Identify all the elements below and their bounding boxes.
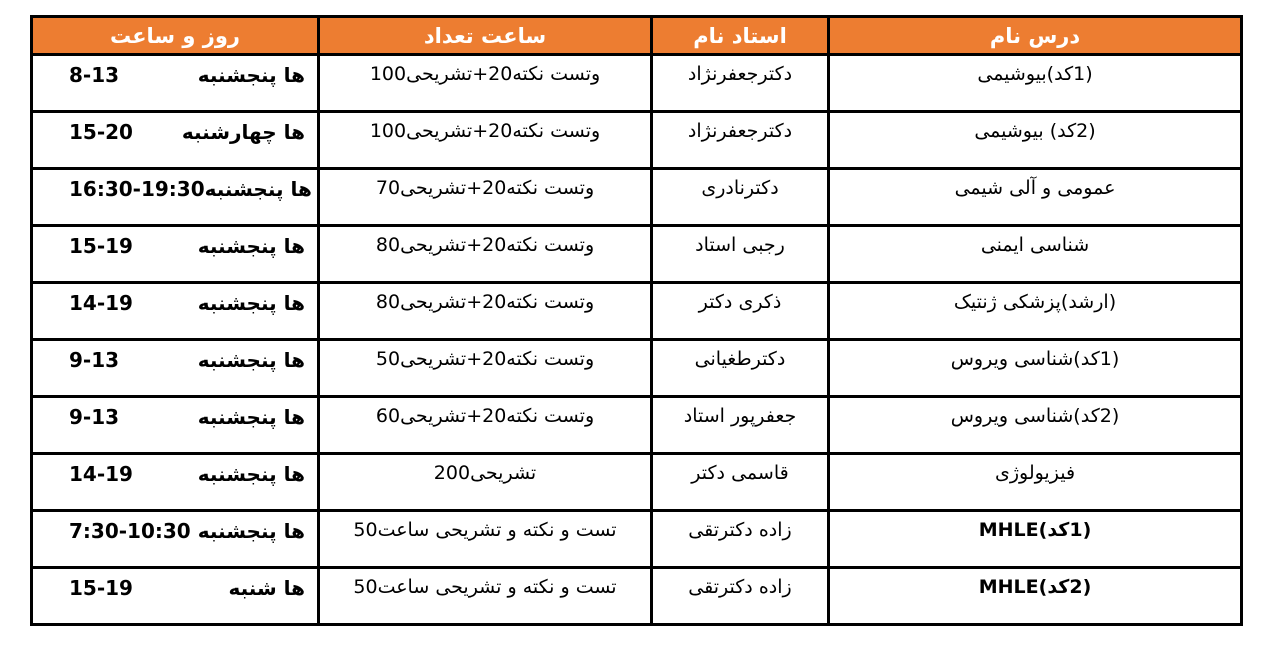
time-range: ⁨1⁩⁨5⁩⁨-⁩⁨2⁩⁨0⁩ — [69, 120, 133, 144]
hours-cell: ⁨1⁩⁨0⁩⁨0⁩⁨تشریحی⁩⁨+⁩⁨2⁩⁨0⁩⁨نکته⁩ ⁨وتست⁩ — [319, 55, 652, 112]
day-name: ⁨پنجشنبه⁩ ⁨ها⁩ — [198, 462, 305, 486]
column-header-course: ⁨نام⁩ ⁨درس⁩ — [829, 17, 1242, 55]
day-time-inner: ⁨1⁩⁨5⁩⁨-⁩⁨1⁩⁨9⁩ ⁨شنبه⁩ ⁨ها⁩ — [33, 576, 317, 600]
column-header-hours: ⁨تعداد⁩ ⁨ساعت⁩ — [319, 17, 652, 55]
course-cell: ⁨ایمنی⁩ ⁨شناسی⁩ — [829, 226, 1242, 283]
day-time-cell: ⁨1⁩⁨5⁩⁨-⁩⁨1⁩⁨9⁩ ⁨پنجشنبه⁩ ⁨ها⁩ — [32, 226, 319, 283]
hours-cell: ⁨5⁩⁨0⁩⁨ساعت⁩ ⁨تشریحی⁩ ⁨و⁩ ⁨نکته⁩ ⁨و⁩ ⁨تس… — [319, 511, 652, 568]
time-range: ⁨9⁩⁨-⁩⁨1⁩⁨3⁩ — [69, 348, 119, 372]
day-time-cell: ⁨1⁩⁨4⁩⁨-⁩⁨1⁩⁨9⁩ ⁨پنجشنبه⁩ ⁨ها⁩ — [32, 454, 319, 511]
time-range: ⁨1⁩⁨4⁩⁨-⁩⁨1⁩⁨9⁩ — [69, 291, 133, 315]
day-time-cell: ⁨1⁩⁨5⁩⁨-⁩⁨2⁩⁨0⁩ ⁨چهارشنبه⁩ ⁨ها⁩ — [32, 112, 319, 169]
day-name: ⁨پنجشنبه⁩ ⁨ها⁩ — [205, 177, 312, 201]
time-range: ⁨1⁩⁨6⁩⁨:⁩⁨3⁩⁨0⁩⁨-⁩⁨1⁩⁨9⁩⁨:⁩⁨3⁩⁨0⁩ — [69, 177, 205, 201]
professor-cell: ⁨دکترطغیانی⁩ — [652, 340, 829, 397]
table-row: ⁨ایمنی⁩ ⁨شناسی⁩ ⁨استاد⁩ ⁨رجبی⁩ ⁨8⁩⁨0⁩⁨تش… — [32, 226, 1242, 283]
time-range: ⁨7⁩⁨:⁩⁨3⁩⁨0⁩⁨-⁩⁨1⁩⁨0⁩⁨:⁩⁨3⁩⁨0⁩ — [69, 519, 191, 543]
day-time-inner: ⁨1⁩⁨5⁩⁨-⁩⁨1⁩⁨9⁩ ⁨پنجشنبه⁩ ⁨ها⁩ — [33, 234, 317, 258]
table-row: ⁨بیوشیمی⁩ ⁨(⁩⁨کد⁩⁨2⁩⁨)⁩ ⁨دکترجعفرنژاد⁩ ⁨… — [32, 112, 1242, 169]
day-name: ⁨پنجشنبه⁩ ⁨ها⁩ — [198, 234, 305, 258]
time-range: ⁨8⁩⁨-⁩⁨1⁩⁨3⁩ — [69, 63, 119, 87]
day-time-inner: ⁨9⁩⁨-⁩⁨1⁩⁨3⁩ ⁨پنجشنبه⁩ ⁨ها⁩ — [33, 405, 317, 429]
day-time-inner: ⁨1⁩⁨6⁩⁨:⁩⁨3⁩⁨0⁩⁨-⁩⁨1⁩⁨9⁩⁨:⁩⁨3⁩⁨0⁩ ⁨پنجشن… — [33, 177, 317, 201]
time-range: ⁨1⁩⁨5⁩⁨-⁩⁨1⁩⁨9⁩ — [69, 576, 133, 600]
professor-cell: ⁨استاد⁩ ⁨رجبی⁩ — [652, 226, 829, 283]
time-range: ⁨9⁩⁨-⁩⁨1⁩⁨3⁩ — [69, 405, 119, 429]
day-time-inner: ⁨8⁩⁨-⁩⁨1⁩⁨3⁩ ⁨پنجشنبه⁩ ⁨ها⁩ — [33, 63, 317, 87]
day-time-cell: ⁨9⁩⁨-⁩⁨1⁩⁨3⁩ ⁨پنجشنبه⁩ ⁨ها⁩ — [32, 340, 319, 397]
schedule-table: ⁨نام⁩ ⁨درس⁩ ⁨نام⁩ ⁨استاد⁩ ⁨تعداد⁩ ⁨ساعت⁩… — [30, 15, 1243, 626]
day-name: ⁨پنجشنبه⁩ ⁨ها⁩ — [198, 291, 305, 315]
hours-cell: ⁨5⁩⁨0⁩⁨تشریحی⁩⁨+⁩⁨2⁩⁨0⁩⁨نکته⁩ ⁨وتست⁩ — [319, 340, 652, 397]
hours-cell: ⁨8⁩⁨0⁩⁨تشریحی⁩⁨+⁩⁨2⁩⁨0⁩⁨نکته⁩ ⁨وتست⁩ — [319, 283, 652, 340]
day-name: ⁨چهارشنبه⁩ ⁨ها⁩ — [182, 120, 305, 144]
day-time-cell: ⁨1⁩⁨5⁩⁨-⁩⁨1⁩⁨9⁩ ⁨شنبه⁩ ⁨ها⁩ — [32, 568, 319, 625]
course-cell: ⁨بیوشیمی⁩ ⁨(⁩⁨کد⁩⁨2⁩⁨)⁩ — [829, 112, 1242, 169]
course-cell: ⁨فیزیولوژی⁩ — [829, 454, 1242, 511]
table-row: ⁨ویروس⁩ ⁨شناسی⁩⁨(⁩⁨کد⁩⁨1⁩⁨)⁩ ⁨دکترطغیانی… — [32, 340, 1242, 397]
table-row: ⁨ژنتیک⁩ ⁨پزشکی⁩⁨(⁩⁨ارشد⁩⁨)⁩ ⁨دکتر⁩ ⁨ذکری… — [32, 283, 1242, 340]
professor-cell: ⁨دکتر⁩ ⁨ذکری⁩ — [652, 283, 829, 340]
header-row: ⁨نام⁩ ⁨درس⁩ ⁨نام⁩ ⁨استاد⁩ ⁨تعداد⁩ ⁨ساعت⁩… — [32, 17, 1242, 55]
day-name: ⁨پنجشنبه⁩ ⁨ها⁩ — [198, 519, 305, 543]
table-row: ⁨M⁩⁨H⁩⁨L⁩⁨E⁩⁨(⁩⁨کد⁩⁨2⁩⁨)⁩ ⁨دکترتقی⁩ ⁨زاد… — [32, 568, 1242, 625]
day-time-cell: ⁨1⁩⁨4⁩⁨-⁩⁨1⁩⁨9⁩ ⁨پنجشنبه⁩ ⁨ها⁩ — [32, 283, 319, 340]
course-cell: ⁨بیوشیمی⁩⁨(⁩⁨کد⁩⁨1⁩⁨)⁩ — [829, 55, 1242, 112]
professor-cell: ⁨دکتر⁩ ⁨قاسمی⁩ — [652, 454, 829, 511]
table-row: ⁨ویروس⁩ ⁨شناسی⁩⁨(⁩⁨کد⁩⁨2⁩⁨)⁩ ⁨استاد⁩ ⁨جع… — [32, 397, 1242, 454]
day-name: ⁨پنجشنبه⁩ ⁨ها⁩ — [198, 348, 305, 372]
course-cell: ⁨شیمی⁩ ⁨آلی⁩ ⁨و⁩ ⁨عمومی⁩ — [829, 169, 1242, 226]
hours-cell: ⁨1⁩⁨0⁩⁨0⁩⁨تشریحی⁩⁨+⁩⁨2⁩⁨0⁩⁨نکته⁩ ⁨وتست⁩ — [319, 112, 652, 169]
day-time-cell: ⁨8⁩⁨-⁩⁨1⁩⁨3⁩ ⁨پنجشنبه⁩ ⁨ها⁩ — [32, 55, 319, 112]
column-header-day-time: ⁨ساعت⁩ ⁨و⁩ ⁨روز⁩ — [32, 17, 319, 55]
professor-cell: ⁨دکترجعفرنژاد⁩ — [652, 112, 829, 169]
table-row: ⁨فیزیولوژی⁩ ⁨دکتر⁩ ⁨قاسمی⁩ ⁨2⁩⁨0⁩⁨0⁩⁨تشر… — [32, 454, 1242, 511]
day-name: ⁨پنجشنبه⁩ ⁨ها⁩ — [198, 405, 305, 429]
hours-cell: ⁨2⁩⁨0⁩⁨0⁩⁨تشریحی⁩ — [319, 454, 652, 511]
day-time-cell: ⁨1⁩⁨6⁩⁨:⁩⁨3⁩⁨0⁩⁨-⁩⁨1⁩⁨9⁩⁨:⁩⁨3⁩⁨0⁩ ⁨پنجشن… — [32, 169, 319, 226]
day-time-inner: ⁨1⁩⁨4⁩⁨-⁩⁨1⁩⁨9⁩ ⁨پنجشنبه⁩ ⁨ها⁩ — [33, 462, 317, 486]
hours-cell: ⁨5⁩⁨0⁩⁨ساعت⁩ ⁨تشریحی⁩ ⁨و⁩ ⁨نکته⁩ ⁨و⁩ ⁨تس… — [319, 568, 652, 625]
hours-cell: ⁨7⁩⁨0⁩⁨تشریحی⁩⁨+⁩⁨2⁩⁨0⁩⁨نکته⁩ ⁨وتست⁩ — [319, 169, 652, 226]
course-cell: ⁨ژنتیک⁩ ⁨پزشکی⁩⁨(⁩⁨ارشد⁩⁨)⁩ — [829, 283, 1242, 340]
course-cell: ⁨ویروس⁩ ⁨شناسی⁩⁨(⁩⁨کد⁩⁨1⁩⁨)⁩ — [829, 340, 1242, 397]
professor-cell: ⁨دکترتقی⁩ ⁨زاده⁩ — [652, 511, 829, 568]
course-cell: ⁨M⁩⁨H⁩⁨L⁩⁨E⁩⁨(⁩⁨کد⁩⁨1⁩⁨)⁩ — [829, 511, 1242, 568]
day-time-cell: ⁨9⁩⁨-⁩⁨1⁩⁨3⁩ ⁨پنجشنبه⁩ ⁨ها⁩ — [32, 397, 319, 454]
professor-cell: ⁨استاد⁩ ⁨جعفرپور⁩ — [652, 397, 829, 454]
professor-cell: ⁨دکترتقی⁩ ⁨زاده⁩ — [652, 568, 829, 625]
course-cell: ⁨ویروس⁩ ⁨شناسی⁩⁨(⁩⁨کد⁩⁨2⁩⁨)⁩ — [829, 397, 1242, 454]
hours-cell: ⁨6⁩⁨0⁩⁨تشریحی⁩⁨+⁩⁨2⁩⁨0⁩⁨نکته⁩ ⁨وتست⁩ — [319, 397, 652, 454]
schedule-sheet: ⁨نام⁩ ⁨درس⁩ ⁨نام⁩ ⁨استاد⁩ ⁨تعداد⁩ ⁨ساعت⁩… — [30, 15, 1243, 626]
professor-cell: ⁨دکترنادری⁩ — [652, 169, 829, 226]
time-range: ⁨1⁩⁨4⁩⁨-⁩⁨1⁩⁨9⁩ — [69, 462, 133, 486]
day-name: ⁨شنبه⁩ ⁨ها⁩ — [229, 576, 305, 600]
table-row: ⁨بیوشیمی⁩⁨(⁩⁨کد⁩⁨1⁩⁨)⁩ ⁨دکترجعفرنژاد⁩ ⁨1… — [32, 55, 1242, 112]
course-cell: ⁨M⁩⁨H⁩⁨L⁩⁨E⁩⁨(⁩⁨کد⁩⁨2⁩⁨)⁩ — [829, 568, 1242, 625]
hours-cell: ⁨8⁩⁨0⁩⁨تشریحی⁩⁨+⁩⁨2⁩⁨0⁩⁨نکته⁩ ⁨وتست⁩ — [319, 226, 652, 283]
table-row: ⁨شیمی⁩ ⁨آلی⁩ ⁨و⁩ ⁨عمومی⁩ ⁨دکترنادری⁩ ⁨7⁩… — [32, 169, 1242, 226]
day-name: ⁨پنجشنبه⁩ ⁨ها⁩ — [198, 63, 305, 87]
time-range: ⁨1⁩⁨5⁩⁨-⁩⁨1⁩⁨9⁩ — [69, 234, 133, 258]
table-row: ⁨M⁩⁨H⁩⁨L⁩⁨E⁩⁨(⁩⁨کد⁩⁨1⁩⁨)⁩ ⁨دکترتقی⁩ ⁨زاد… — [32, 511, 1242, 568]
day-time-inner: ⁨1⁩⁨5⁩⁨-⁩⁨2⁩⁨0⁩ ⁨چهارشنبه⁩ ⁨ها⁩ — [33, 120, 317, 144]
day-time-inner: ⁨7⁩⁨:⁩⁨3⁩⁨0⁩⁨-⁩⁨1⁩⁨0⁩⁨:⁩⁨3⁩⁨0⁩ ⁨پنجشنبه⁩… — [33, 519, 317, 543]
day-time-cell: ⁨7⁩⁨:⁩⁨3⁩⁨0⁩⁨-⁩⁨1⁩⁨0⁩⁨:⁩⁨3⁩⁨0⁩ ⁨پنجشنبه⁩… — [32, 511, 319, 568]
professor-cell: ⁨دکترجعفرنژاد⁩ — [652, 55, 829, 112]
day-time-inner: ⁨1⁩⁨4⁩⁨-⁩⁨1⁩⁨9⁩ ⁨پنجشنبه⁩ ⁨ها⁩ — [33, 291, 317, 315]
column-header-professor: ⁨نام⁩ ⁨استاد⁩ — [652, 17, 829, 55]
day-time-inner: ⁨9⁩⁨-⁩⁨1⁩⁨3⁩ ⁨پنجشنبه⁩ ⁨ها⁩ — [33, 348, 317, 372]
